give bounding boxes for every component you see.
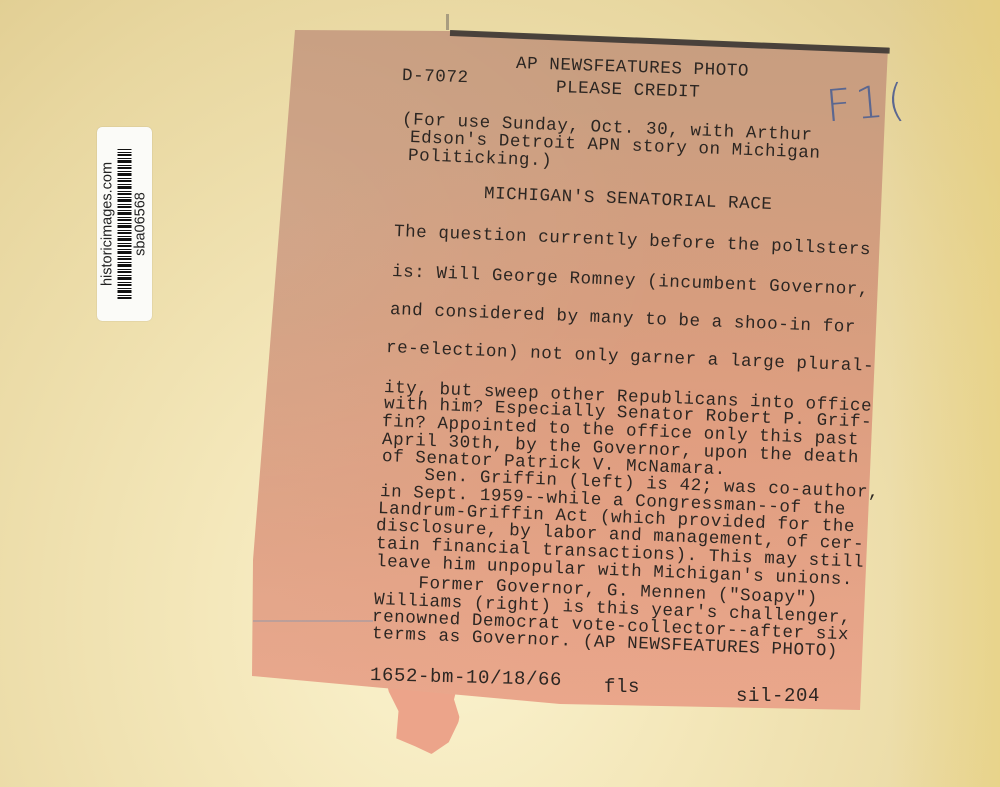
sticker-site-label: historicimages.com (100, 162, 115, 286)
footer-initials: fls (604, 676, 640, 698)
paper-crease (253, 620, 373, 622)
background-mark (446, 14, 449, 30)
handwritten-mark: F1( (824, 75, 911, 133)
document-id: D-7072 (402, 66, 469, 88)
sticker-code: sba06568 (133, 192, 148, 256)
footer-ref: sil-204 (736, 685, 820, 707)
barcode-icon (117, 149, 131, 299)
barcode-sticker: historicimages.com sba06568 (97, 127, 152, 321)
